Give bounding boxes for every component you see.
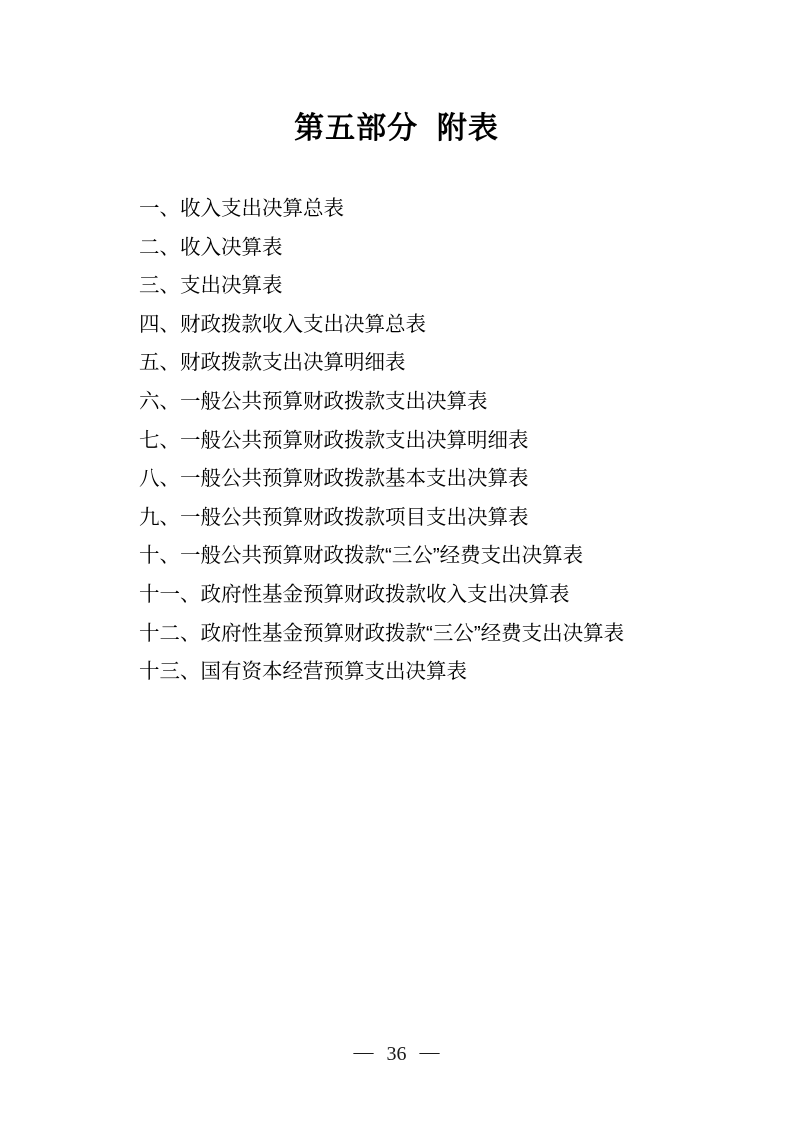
list-item: 八、一般公共预算财政拨款基本支出决算表: [139, 460, 753, 499]
list-item: 三、支出决算表: [139, 267, 753, 306]
page-title: 第五部分 附表: [0, 103, 793, 147]
list-item: 五、财政拨款支出决算明细表: [139, 344, 753, 383]
list-item: 七、一般公共预算财政拨款支出决算明细表: [139, 422, 753, 461]
page-footer: —36—: [0, 1043, 793, 1066]
list-item: 十三、国有资本经营预算支出决算表: [139, 653, 753, 692]
page-number: 36: [387, 1043, 407, 1065]
list-item: 四、财政拨款收入支出决算总表: [139, 306, 753, 345]
list-item: 二、收入决算表: [139, 229, 753, 268]
list-item: 十二、政府性基金预算财政拨款“三公”经费支出决算表: [139, 615, 753, 654]
attached-tables-list: 一、收入支出决算总表 二、收入决算表 三、支出决算表 四、财政拨款收入支出决算总…: [139, 190, 753, 692]
list-item: 十一、政府性基金预算财政拨款收入支出决算表: [139, 576, 753, 615]
list-item: 一、收入支出决算总表: [139, 190, 753, 229]
list-item: 九、一般公共预算财政拨款项目支出决算表: [139, 499, 753, 538]
footer-dash-left: —: [354, 1041, 374, 1064]
list-item: 十、一般公共预算财政拨款“三公”经费支出决算表: [139, 537, 753, 576]
list-item: 六、一般公共预算财政拨款支出决算表: [139, 383, 753, 422]
footer-dash-right: —: [420, 1041, 440, 1064]
page-background: 第五部分 附表 一、收入支出决算总表 二、收入决算表 三、支出决算表 四、财政拨…: [0, 0, 793, 1122]
document-page: { "doc": { "title": "第五部分 附表", "items": …: [0, 0, 793, 1122]
